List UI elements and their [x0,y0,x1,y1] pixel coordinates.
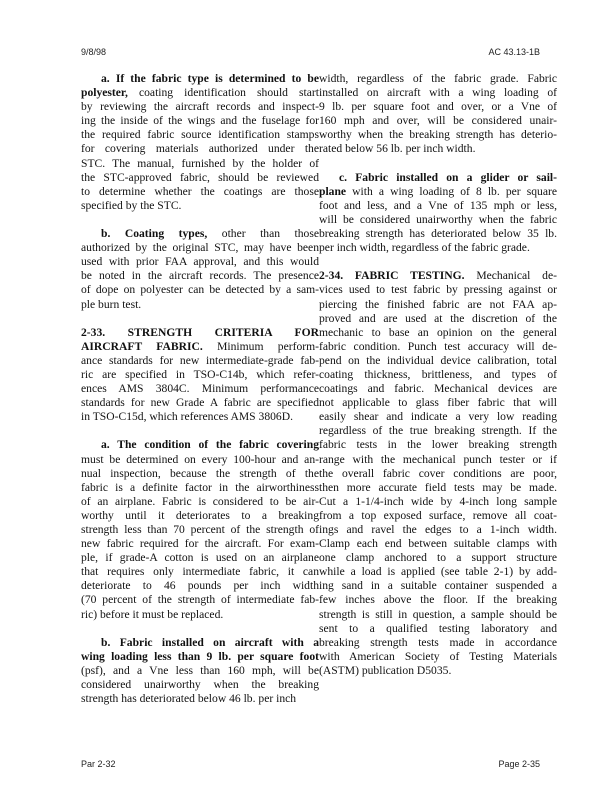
text-line: ings and ravel the edges to a 1-inch wid… [319,523,557,537]
text-line: a. The condition of the fabric covering [81,438,319,452]
text-line: foot and less, and a Vne of 135 mph or l… [319,199,557,213]
text-line: mechanic to base an opinion on the gener… [319,326,557,340]
text-line: in TSO-C15d, which references AMS 3806D. [81,410,319,424]
text-line: used with prior FAA approval, and this w… [81,255,319,269]
header-date: 9/8/98 [81,47,106,57]
text-line: 2-34. FABRIC TESTING. Mechanical de- [319,269,557,283]
text-line: (psf), and a Vne less than 160 mph, will… [81,664,319,678]
text-line: that requires only intermediate fabric, … [81,565,319,579]
para-b-coating-types: b. Coating types, other than thoseauthor… [81,227,319,312]
text-line: (70 percent of the strength of intermedi… [81,593,319,607]
text-line: piercing the finished fabric are not FAA… [319,298,557,312]
text-line: Clamp each end between suitable clamps w… [319,537,557,551]
para-a-polyester: a. If the fabric type is determined to b… [81,72,319,213]
text-line: a. If the fabric type is determined to b… [81,72,319,86]
text-line: ple burn test. [81,298,319,312]
text-line: per inch width, regardless of the fabric… [319,241,557,255]
text-line: for covering materials authorized under … [81,142,319,156]
text-line: must be determined on every 100-hour and… [81,453,319,467]
text-line: ing the inside of the wings and the fuse… [81,114,319,128]
text-line: c. Fabric installed on a glider or sail- [319,171,557,185]
left-column: a. If the fabric type is determined to b… [81,72,319,706]
text-line: of dope on polyester can be detected by … [81,283,319,297]
text-line: AIRCRAFT FABRIC. Minimum perform- [81,340,319,354]
text-line: 9 lb. per square foot and over, or a Vne… [319,100,557,114]
text-line: worthy when the breaking strength has de… [319,128,557,142]
text-line: not applicable to glass fiber fabric tha… [319,396,557,410]
text-line: width, regardless of the fabric grade. F… [319,72,557,86]
text-line: ing sand in a suitable container suspend… [319,579,557,593]
text-line: strength has deteriorated below 46 lb. p… [81,692,319,706]
text-line: strength less than 70 percent of the str… [81,523,319,537]
text-line: standards for new Grade A fabric are spe… [81,396,319,410]
text-line: pend on the individual device calibratio… [319,354,557,368]
text-line: with American Society of Testing Materia… [319,650,557,664]
footer-paragraph-ref: Par 2-32 [81,759,116,769]
text-line: ance standards for new intermediate-grad… [81,354,319,368]
text-line: specified by the STC. [81,199,319,213]
text-line: 2-33. STRENGTH CRITERIA FOR [81,326,319,340]
text-line: (ASTM) publication D5035. [319,664,557,678]
text-line: vices used to test fabric by pressing ag… [319,283,557,297]
para-a-fabric-condition: a. The condition of the fabric coveringm… [81,438,319,621]
text-line: then more accurate field tests may be ma… [319,481,557,495]
text-line: fabric tests in the lower breaking stren… [319,438,557,452]
text-line: new fabric required for the aircraft. Fo… [81,537,319,551]
para-b-wing-loading-continued: width, regardless of the fabric grade. F… [319,72,557,157]
section-2-33-strength-criteria: 2-33. STRENGTH CRITERIA FORAIRCRAFT FABR… [81,326,319,425]
text-line: regardless of the true breaking strength… [319,424,557,438]
section-2-34-fabric-testing: 2-34. FABRIC TESTING. Mechanical de-vice… [319,269,557,678]
text-line: coatings and fabric. Mechanical devices … [319,382,557,396]
text-line: strength is still in question, a sample … [319,608,557,622]
text-line: by reviewing the aircraft records and in… [81,100,319,114]
text-line: easily shear and indicate a very low rea… [319,410,557,424]
text-line: b. Fabric installed on aircraft with a [81,636,319,650]
header-doc-id: AC 43.13-1B [488,47,540,57]
text-line: ric) before it must be replaced. [81,608,319,622]
text-line: coating thickness, brittleness, and type… [319,368,557,382]
text-line: the required fabric source identificatio… [81,128,319,142]
text-line: ric are specified in TSO-C14b, which ref… [81,368,319,382]
text-line: breaking strength has deteriorated below… [319,227,557,241]
text-line: ple, if grade-A cotton is used on an air… [81,551,319,565]
text-line: deteriorate to 46 pounds per inch width [81,579,319,593]
right-column: width, regardless of the fabric grade. F… [319,72,557,678]
text-line: nual inspection, because the strength of… [81,467,319,481]
text-line: from a top exposed surface, remove all c… [319,509,557,523]
text-line: rated below 56 lb. per inch width. [319,142,557,156]
text-line: authorized by the original STC, may have… [81,241,319,255]
footer-page-number: Page 2-35 [498,759,540,769]
text-line: while a load is applied (see table 2-1) … [319,565,557,579]
text-line: will be considered unairworthy when the … [319,213,557,227]
text-line: considered unairworthy when the breaking [81,678,319,692]
text-line: the STC-approved fabric, should be revie… [81,171,319,185]
text-line: breaking strength tests made in accordan… [319,636,557,650]
text-line: proved and are used at the discretion of… [319,312,557,326]
text-line: ences AMS 3804C. Minimum performance [81,382,319,396]
text-line: one clamp anchored to a support structur… [319,551,557,565]
text-line: of an airplane. Fabric is considered to … [81,495,319,509]
text-line: be noted in the aircraft records. The pr… [81,269,319,283]
text-line: installed on aircraft with a wing loadin… [319,86,557,100]
text-line: fabric is a definite factor in the airwo… [81,481,319,495]
text-line: Cut a 1-1/4-inch wide by 4-inch long sam… [319,495,557,509]
text-line: polyester, coating identification should… [81,86,319,100]
text-line: sent to a qualified testing laboratory a… [319,622,557,636]
para-c-glider: c. Fabric installed on a glider or sail-… [319,171,557,256]
text-line: range with the mechanical punch tester o… [319,453,557,467]
text-line: STC. The manual, furnished by the holder… [81,157,319,171]
text-line: few inches above the floor. If the break… [319,593,557,607]
text-line: worthy until it deteriorates to a breaki… [81,509,319,523]
text-line: 160 mph and over, will be considered una… [319,114,557,128]
para-b-wing-loading: b. Fabric installed on aircraft with awi… [81,636,319,706]
text-line: to determine whether the coatings are th… [81,185,319,199]
text-line: b. Coating types, other than those [81,227,319,241]
text-line: fabric condition. Punch test accuracy wi… [319,340,557,354]
text-line: wing loading less than 9 lb. per square … [81,650,319,664]
text-line: plane with a wing loading of 8 lb. per s… [319,185,557,199]
text-line: the overall fabric cover conditions are … [319,467,557,481]
